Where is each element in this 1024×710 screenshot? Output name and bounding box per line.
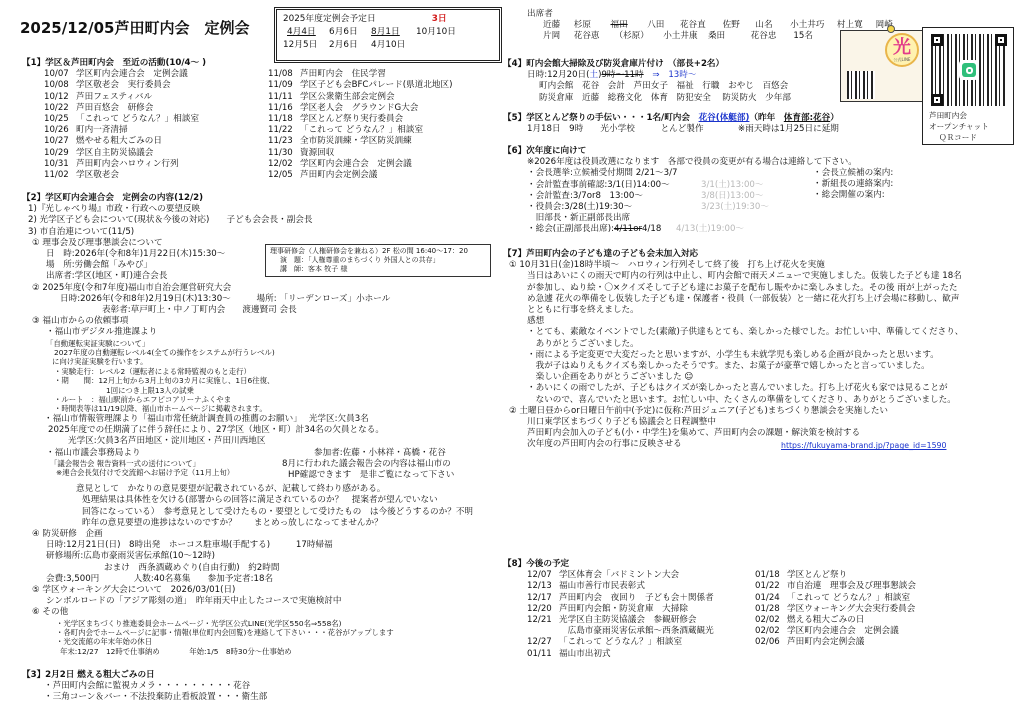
detail-line: 会費:3,500円 人数:40名募集 参加予定者:18名 xyxy=(46,574,500,585)
openchat-logo-icon xyxy=(959,60,979,80)
attendees-row: 近藤 杉原 福田 八田 花谷直 佐野 山名 小土井巧 村上寛 岡崎 xyxy=(527,20,893,31)
openchat-caption: 芦田町内会 オープンチャット ＱＲコード xyxy=(929,110,989,143)
schedule-row: ・会計監査事前確認:3/1(日)14:00～3/1(土)13:00～ xyxy=(527,180,1018,191)
detail-line: ・光交流館の年末年始の休日 xyxy=(56,637,500,646)
schedule-row: ・総会(正副部長出席):4/11or4/184/13(土)19:00～ xyxy=(527,224,1018,235)
agenda-item: 1)『光しゃべり場』市政・行政への要望反映 xyxy=(28,204,500,215)
section-3-heading: 【3】2月2日 燃える粗大ごみの日 xyxy=(22,670,267,681)
activity-row: 12/02学区町内会連合会 定例会議 xyxy=(268,159,484,170)
section-3: 【3】2月2日 燃える粗大ごみの日 ・芦田町内会館に監視カメラ・・・・・・・・・… xyxy=(22,670,267,704)
activity-row: 10/07学区町内会連合会 定例会議 xyxy=(44,69,244,80)
upcoming-row: 01/22市自治連 理事会及び理事懇談会 xyxy=(755,581,995,592)
detail-line: ・光学区まちづくり推進委員会ホームページ・光学区公式LINE(光学区550名⇒5… xyxy=(56,619,500,628)
junior-meeting-plan: 川口東学区まちづくり子ども協議会と日程調整中 芦田町内会加入の子ども(小・中学生… xyxy=(503,417,1021,451)
section-4: 【4】町内会館大掃除及び防災倉庫片付け （部長+2名） 日時:12月20日(土)… xyxy=(503,59,791,104)
subitem-heading: ⑤ 学区ウォーキング大会について 2026/03/01(日) xyxy=(32,585,500,596)
cleanup-datetime: 日時:12月20日(土)9時～11時 ⇒ 13時～ xyxy=(503,70,791,81)
subitem-heading: ④ 防災研修 企画 xyxy=(32,529,500,540)
upcoming-row: 02/06芦田町内会定例会議 xyxy=(755,637,995,648)
meeting-schedule-box: 2025年度定例会予定日 3日 4月4日 6月6日 8月1日 10月10日 12… xyxy=(274,7,502,63)
schedule-row: ・会計監査:3/7or8 13:00～3/8(日)13:00～ xyxy=(527,191,1018,202)
subitem-heading: ③ 福山市からの依頼事項 xyxy=(32,316,500,327)
detail-line: 表彰者:草戸町上・中ノ丁町内会 渡邊賢司 会長 xyxy=(32,305,500,316)
schedule-heading: 2025年度定例会予定日 xyxy=(283,13,376,26)
activity-row: 12/05芦田町内会定例会議 xyxy=(268,170,484,181)
upcoming-right: 01/18学区とんど祭り 01/22市自治連 理事会及び理事懇談会 01/24「… xyxy=(755,570,995,660)
activity-row: 10/25「これって どうなん？」相談室 xyxy=(44,114,244,125)
agenda-item: 3) 市自治連について(11/5) xyxy=(28,227,500,238)
activity-row: 11/30資源回収 xyxy=(268,148,484,159)
detail-line: シンボルロードの「アジア彫刻の道」 昨年雨天中止したコースで実施検討中 xyxy=(32,596,500,607)
schedule-row: ・役員会:3/28(土)19:30～3/23(土)19:30～ xyxy=(527,202,1018,213)
upcoming-row: 01/24「これって どうなん？」相談室 xyxy=(755,593,995,604)
pin-icon xyxy=(887,25,895,33)
section-8-heading: 【8】今後の予定 xyxy=(503,559,995,570)
hikari-logo-icon: 光 公式LINE xyxy=(885,33,919,67)
detail-line: 日時:12月21日(日) 8時出発 ホーコス駐車場(手配する) 17時帰福 xyxy=(46,540,500,551)
upcoming-left: 12/07学区体育会「バドミントン大会 12/13福山市善行市民表彰式 12/1… xyxy=(503,570,755,660)
upcoming-row: 12/17芦田町内会 夜回り 子ども会＋関係者 xyxy=(527,593,755,604)
upcoming-row: 02/02燃える粗大ごみの日 xyxy=(755,615,995,626)
schedule-row: ・会長選挙:立候補受付期間 2/21～3/7 xyxy=(527,168,1018,179)
detail-line: ・各町内会でホームページに記事・情報(単位町内会回覧)を連絡して下さい・・・花谷… xyxy=(56,628,500,637)
upcoming-row: 01/18学区とんど祭り xyxy=(755,570,995,581)
activity-row: 10/08学区敬老会 実行委員会 xyxy=(44,80,244,91)
detail-line: 年末:12/27 12時で仕事納め 年始:1/5 8時30分～仕事始め xyxy=(56,647,500,656)
subitem-heading: ⑥ その他 xyxy=(32,607,500,618)
detail-line: ・三角コーン＆バー・不法投棄防止看板設置・・・衛生部 xyxy=(44,692,267,703)
upcoming-row: 広島市豪雨災害伝承館～西条酒蔵観光 xyxy=(527,626,755,637)
section-5-heading: 【5】学区とんど祭りの手伝い・・・1名/町内会 花谷(体艇部)（昨年 体育部:花… xyxy=(503,113,839,124)
recent-activities-left: 10/07学区町内会連合会 定例会議 10/08学区敬老会 実行委員会 10/1… xyxy=(22,69,244,181)
activity-row: 11/09学区子ども会BFCパレード(県道北地区) xyxy=(268,80,484,91)
agenda-item: 2) 光学区子ども会について(現状＆今後の対応) 子ども会会長・副会長 xyxy=(28,215,500,226)
section-1-heading: 【1】学区＆芦田町内会 至近の活動(10/4～ ) xyxy=(22,58,484,69)
subitem-heading: ② 2025年度(令和7年度)福山市自治会運営研究大会 xyxy=(32,283,500,294)
subitem-heading: ① 10月31日(金)18時半頃～ ハロウィン行列そして終了後 打ち上げ花火を実… xyxy=(503,260,1021,271)
activity-row: 11/02学区敬老会 xyxy=(44,170,244,181)
page-title: 2025/12/05芦田町内会 定例会 xyxy=(20,18,249,38)
schedule-note: 3日 xyxy=(432,13,447,26)
activity-row: 10/26町内一斉清掃 xyxy=(44,125,244,136)
section-6-heading: 【6】次年度に向けて xyxy=(503,146,1018,157)
schedule-date: 6月6日 xyxy=(329,26,371,39)
activity-row: 11/18学区とんど祭り実行委員会 xyxy=(268,114,484,125)
activity-row: 11/11学区公衆衛生部会定例会 xyxy=(268,92,484,103)
upcoming-row: 12/21光学区自主防災協議会 参観研修会 xyxy=(527,615,755,626)
schedule-date: 10月10日 xyxy=(416,26,456,39)
council-request: ・福山市議会事務局より 「議会報告会 報告資料一式の送付について」 ※連合会長気… xyxy=(32,448,500,482)
statistics-request: ・福山市情報管理課より「福山市常任統計調査員の推薦のお願い」 光学区:欠員3名 … xyxy=(32,414,500,448)
training-info-box: 理事研修会（人権研修会を兼ねる）2F 松の間 16:40～17：20 演 題：「… xyxy=(265,244,491,277)
detail-line: おまけ 西条酒蔵めぐり(自由行動) 約2時間 xyxy=(46,563,500,574)
link-hanatani[interactable]: 花谷(体艇部) xyxy=(699,113,750,123)
schedule-date: 4月4日 xyxy=(287,26,329,39)
recent-activities-right: 11/08芦田町内会 住民学習 11/09学区子ども会BFCパレード(県道北地区… xyxy=(244,69,484,181)
halloween-report: 当日はあいにくの雨天で町内の行列は中止し、町内会館で雨天メニューで実施しました。… xyxy=(503,271,1021,405)
schedule-row: 旧部長・新正副部長出席 xyxy=(527,213,1018,224)
section-5: 【5】学区とんど祭りの手伝い・・・1名/町内会 花谷(体艇部)（昨年 体育部:花… xyxy=(503,113,839,135)
section-2-heading: 【2】学区町内会連合会 定例会の内容(12/2) xyxy=(22,193,500,204)
detail-line: ※2026年度は役員改選になります 各部で役員の変更が有る場合は連絡して下さい。 xyxy=(527,157,1018,168)
activity-row: 11/23全市防災訓練・学区防災訓練 xyxy=(268,136,484,147)
upcoming-row: 01/11福山市出初式 xyxy=(527,649,755,660)
attendees-heading: 出席者 xyxy=(527,9,893,20)
opinions: 意見として かなりの意見要望が記載されているが、記載して終わり感がある。 処理結… xyxy=(32,481,500,529)
notice-list: ・会長立候補の案内: ・新組長の連絡案内: ・総会開催の案内: xyxy=(813,168,893,202)
activity-row: 10/31芦田町内会ハロウィン行列 xyxy=(44,159,244,170)
schedule-date: 2月6日 xyxy=(329,39,371,52)
activity-row: 10/27燃やせる粗大ごみの日 xyxy=(44,136,244,147)
digital-request: ・福山市デジタル推進課より 「自動運転実証実験について」 2027年度の自動運転… xyxy=(32,327,500,413)
subitem-heading: ② 土曜日昼からor日曜日午前中(予定)に仮称:芦田ジュニア(子ども)まちづくり… xyxy=(503,406,1021,417)
section-8: 【8】今後の予定 12/07学区体育会「バドミントン大会 12/13福山市善行市… xyxy=(503,559,995,660)
upcoming-row: 12/20芦田町内会館・防災倉庫 大掃除 xyxy=(527,604,755,615)
line-qr-icon xyxy=(847,71,875,99)
detail-line: 1月18日 9時 光小学校 とんど製作 ※雨天時は1月25日に延期 xyxy=(503,124,839,135)
section-2: 【2】学区町内会連合会 定例会の内容(12/2) 1)『光しゃべり場』市政・行政… xyxy=(22,193,500,656)
detail-line: 研修場所:広島市豪雨災害伝承館(10～12時) xyxy=(46,551,500,562)
section-6: 【6】次年度に向けて ※2026年度は役員改選になります 各部で役員の変更が有る… xyxy=(503,146,1018,236)
activity-row: 11/16学区老人会 グラウンドG大会 xyxy=(268,103,484,114)
upcoming-row: 02/02学区町内会連合会 定例会議 xyxy=(755,626,995,637)
detail-line: ・芦田町内会館に監視カメラ・・・・・・・・・花谷 xyxy=(44,681,267,692)
activity-row: 10/22芦田百悠会 研修会 xyxy=(44,103,244,114)
openchat-card[interactable]: 芦田町内会 オープンチャット ＱＲコード xyxy=(922,27,1014,145)
detail-line: 町内会館 花谷 会計 芦田女子 福祉 行職 おやじ 百悠会 xyxy=(503,81,791,92)
openchat-qr-icon xyxy=(931,34,1007,106)
upcoming-row: 12/07学区体育会「バドミントン大会 xyxy=(527,570,755,581)
attendees: 出席者 近藤 杉原 福田 八田 花谷直 佐野 山名 小土井巧 村上寛 岡崎 片岡… xyxy=(527,9,893,43)
attendees-row: 片岡 花谷恵 （杉原） 小土井康 桑田 花谷忠 15名 xyxy=(527,31,893,42)
schedule-date: 8月1日 xyxy=(371,26,416,39)
activity-row: 10/29学区自主防災協議会 xyxy=(44,148,244,159)
schedule-date: 12月5日 xyxy=(283,39,329,52)
schedule-date: 4月10日 xyxy=(371,39,405,52)
upcoming-row: 12/13福山市善行市民表彰式 xyxy=(527,581,755,592)
detail-line: 日時:2026年(令和8年)2月19日(木)13:30～ 場所: 「リーデンロー… xyxy=(32,294,500,305)
upcoming-row: 12/27「これって どうなん？」相談室 xyxy=(527,637,755,648)
activity-row: 10/12芦田フェスティバル xyxy=(44,92,244,103)
detail-line: 防災倉庫 近藤 総務文化 体育 防犯安全 防災防火 少年部 xyxy=(503,93,791,104)
section-1: 【1】学区＆芦田町内会 至近の活動(10/4～ ) 10/07学区町内会連合会 … xyxy=(22,58,484,181)
upcoming-row: 01/28学区ウォーキング大会実行委員会 xyxy=(755,604,995,615)
activity-row: 11/22「これって どうなん？」相談室 xyxy=(268,125,484,136)
fukuyama-brand-link[interactable]: https://fukuyama-brand.jp/?page_id=1590 xyxy=(781,440,946,451)
activity-row: 11/08芦田町内会 住民学習 xyxy=(268,69,484,80)
section-4-heading: 【4】町内会館大掃除及び防災倉庫片付け （部長+2名） xyxy=(503,59,791,70)
section-7: 【7】芦田町内会の子ども達の子ども会未加入対応 ① 10月31日(金)18時半頃… xyxy=(503,249,1021,451)
line-official-card[interactable]: 光 公式LINE xyxy=(840,30,924,102)
section-7-heading: 【7】芦田町内会の子ども達の子ども会未加入対応 xyxy=(503,249,1021,260)
